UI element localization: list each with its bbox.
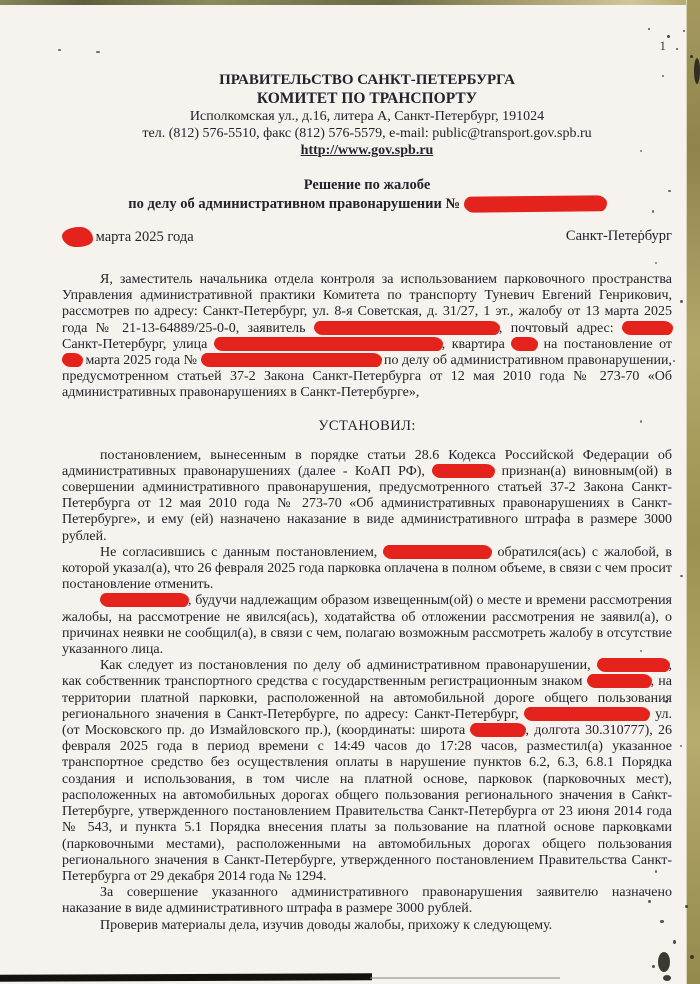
paragraph: Не согласившись с данным постановлением,… (62, 545, 672, 594)
document-body: Я, заместитель начальника отдела контрол… (62, 272, 672, 934)
government-name: ПРАВИТЕЛЬСТВО САНКТ-ПЕТЕРБУРГА (62, 72, 672, 89)
org-website-line: http://www.gov.spb.ru (62, 142, 672, 159)
text-run: , квартира (442, 337, 511, 352)
paragraph: Как следует из постановления по делу об … (62, 658, 672, 885)
text-run: марта 2025 года № (82, 353, 201, 368)
redaction-mark (314, 321, 499, 334)
text-run: , почтовый адрес: (499, 321, 622, 336)
text-run: , долгота 30.310777), 26 февраля 2025 го… (62, 723, 672, 884)
text-run: Санкт-Петербург, улица (62, 337, 214, 352)
scan-edge-right (686, 0, 700, 984)
redaction-mark (214, 337, 442, 350)
redaction-mark (100, 593, 188, 606)
org-address: Исполкомская ул., д.16, литера А, Санкт-… (62, 108, 672, 125)
redaction-mark (62, 353, 82, 366)
redaction-mark (62, 227, 92, 246)
scan-edge-bottom-faint (370, 977, 560, 979)
redaction-mark (432, 464, 494, 477)
document-date: марта 2025 года (62, 227, 194, 246)
text-run: на постановление от (537, 337, 672, 352)
title-case-label: по делу об административном правонарушен… (128, 196, 460, 212)
redaction-mark (470, 723, 525, 736)
redaction-mark (201, 353, 381, 366)
paragraph: постановлением, вынесенным в порядке ста… (62, 448, 672, 545)
paragraph: , будучи надлежащим образом извещенным(о… (62, 593, 672, 658)
redaction-mark (383, 545, 491, 558)
text-run: Как следует из постановления по делу об … (100, 658, 597, 673)
document-content: ПРАВИТЕЛЬСТВО САНКТ-ПЕТЕРБУРГА КОМИТЕТ П… (62, 0, 672, 934)
letterhead: ПРАВИТЕЛЬСТВО САНКТ-ПЕТЕРБУРГА КОМИТЕТ П… (62, 0, 672, 159)
redaction-mark (597, 658, 669, 671)
redaction-mark (587, 674, 651, 687)
redaction-mark (511, 337, 537, 350)
redaction-mark (464, 195, 606, 211)
text-run: За совершение указанного административно… (62, 885, 672, 916)
document-title: Решение по жалобе по делу об администрат… (62, 176, 672, 214)
dateline: марта 2025 года Санкт-Петербург (62, 227, 672, 246)
text-run: Не согласившись с данным постановлением, (100, 545, 383, 560)
date-text: марта 2025 года (92, 229, 194, 245)
redaction-mark (622, 321, 672, 334)
document-title-line1: Решение по жалобе (62, 176, 672, 195)
paragraph: Проверив материалы дела, изучив доводы ж… (62, 918, 672, 934)
redaction-mark (524, 707, 649, 720)
committee-name: КОМИТЕТ ПО ТРАНСПОРТУ (62, 89, 672, 108)
scan-edge-bottom (0, 973, 372, 982)
section-heading: УСТАНОВИЛ: (62, 418, 672, 435)
text-run: Проверив материалы дела, изучив доводы ж… (100, 918, 552, 933)
document-page: 1 ПРАВИТЕЛЬСТВО САНКТ-ПЕТЕРБУРГА КОМИТЕТ… (0, 0, 700, 984)
document-place: Санкт-Петербург (566, 227, 672, 246)
website-link[interactable]: http://www.gov.spb.ru (301, 143, 434, 158)
org-contacts: тел. (812) 576-5510, факс (812) 576-5579… (62, 125, 672, 142)
paragraph: За совершение указанного административно… (62, 885, 672, 917)
paragraph: Я, заместитель начальника отдела контрол… (62, 272, 672, 402)
document-title-line2: по делу об административном правонарушен… (62, 195, 672, 214)
